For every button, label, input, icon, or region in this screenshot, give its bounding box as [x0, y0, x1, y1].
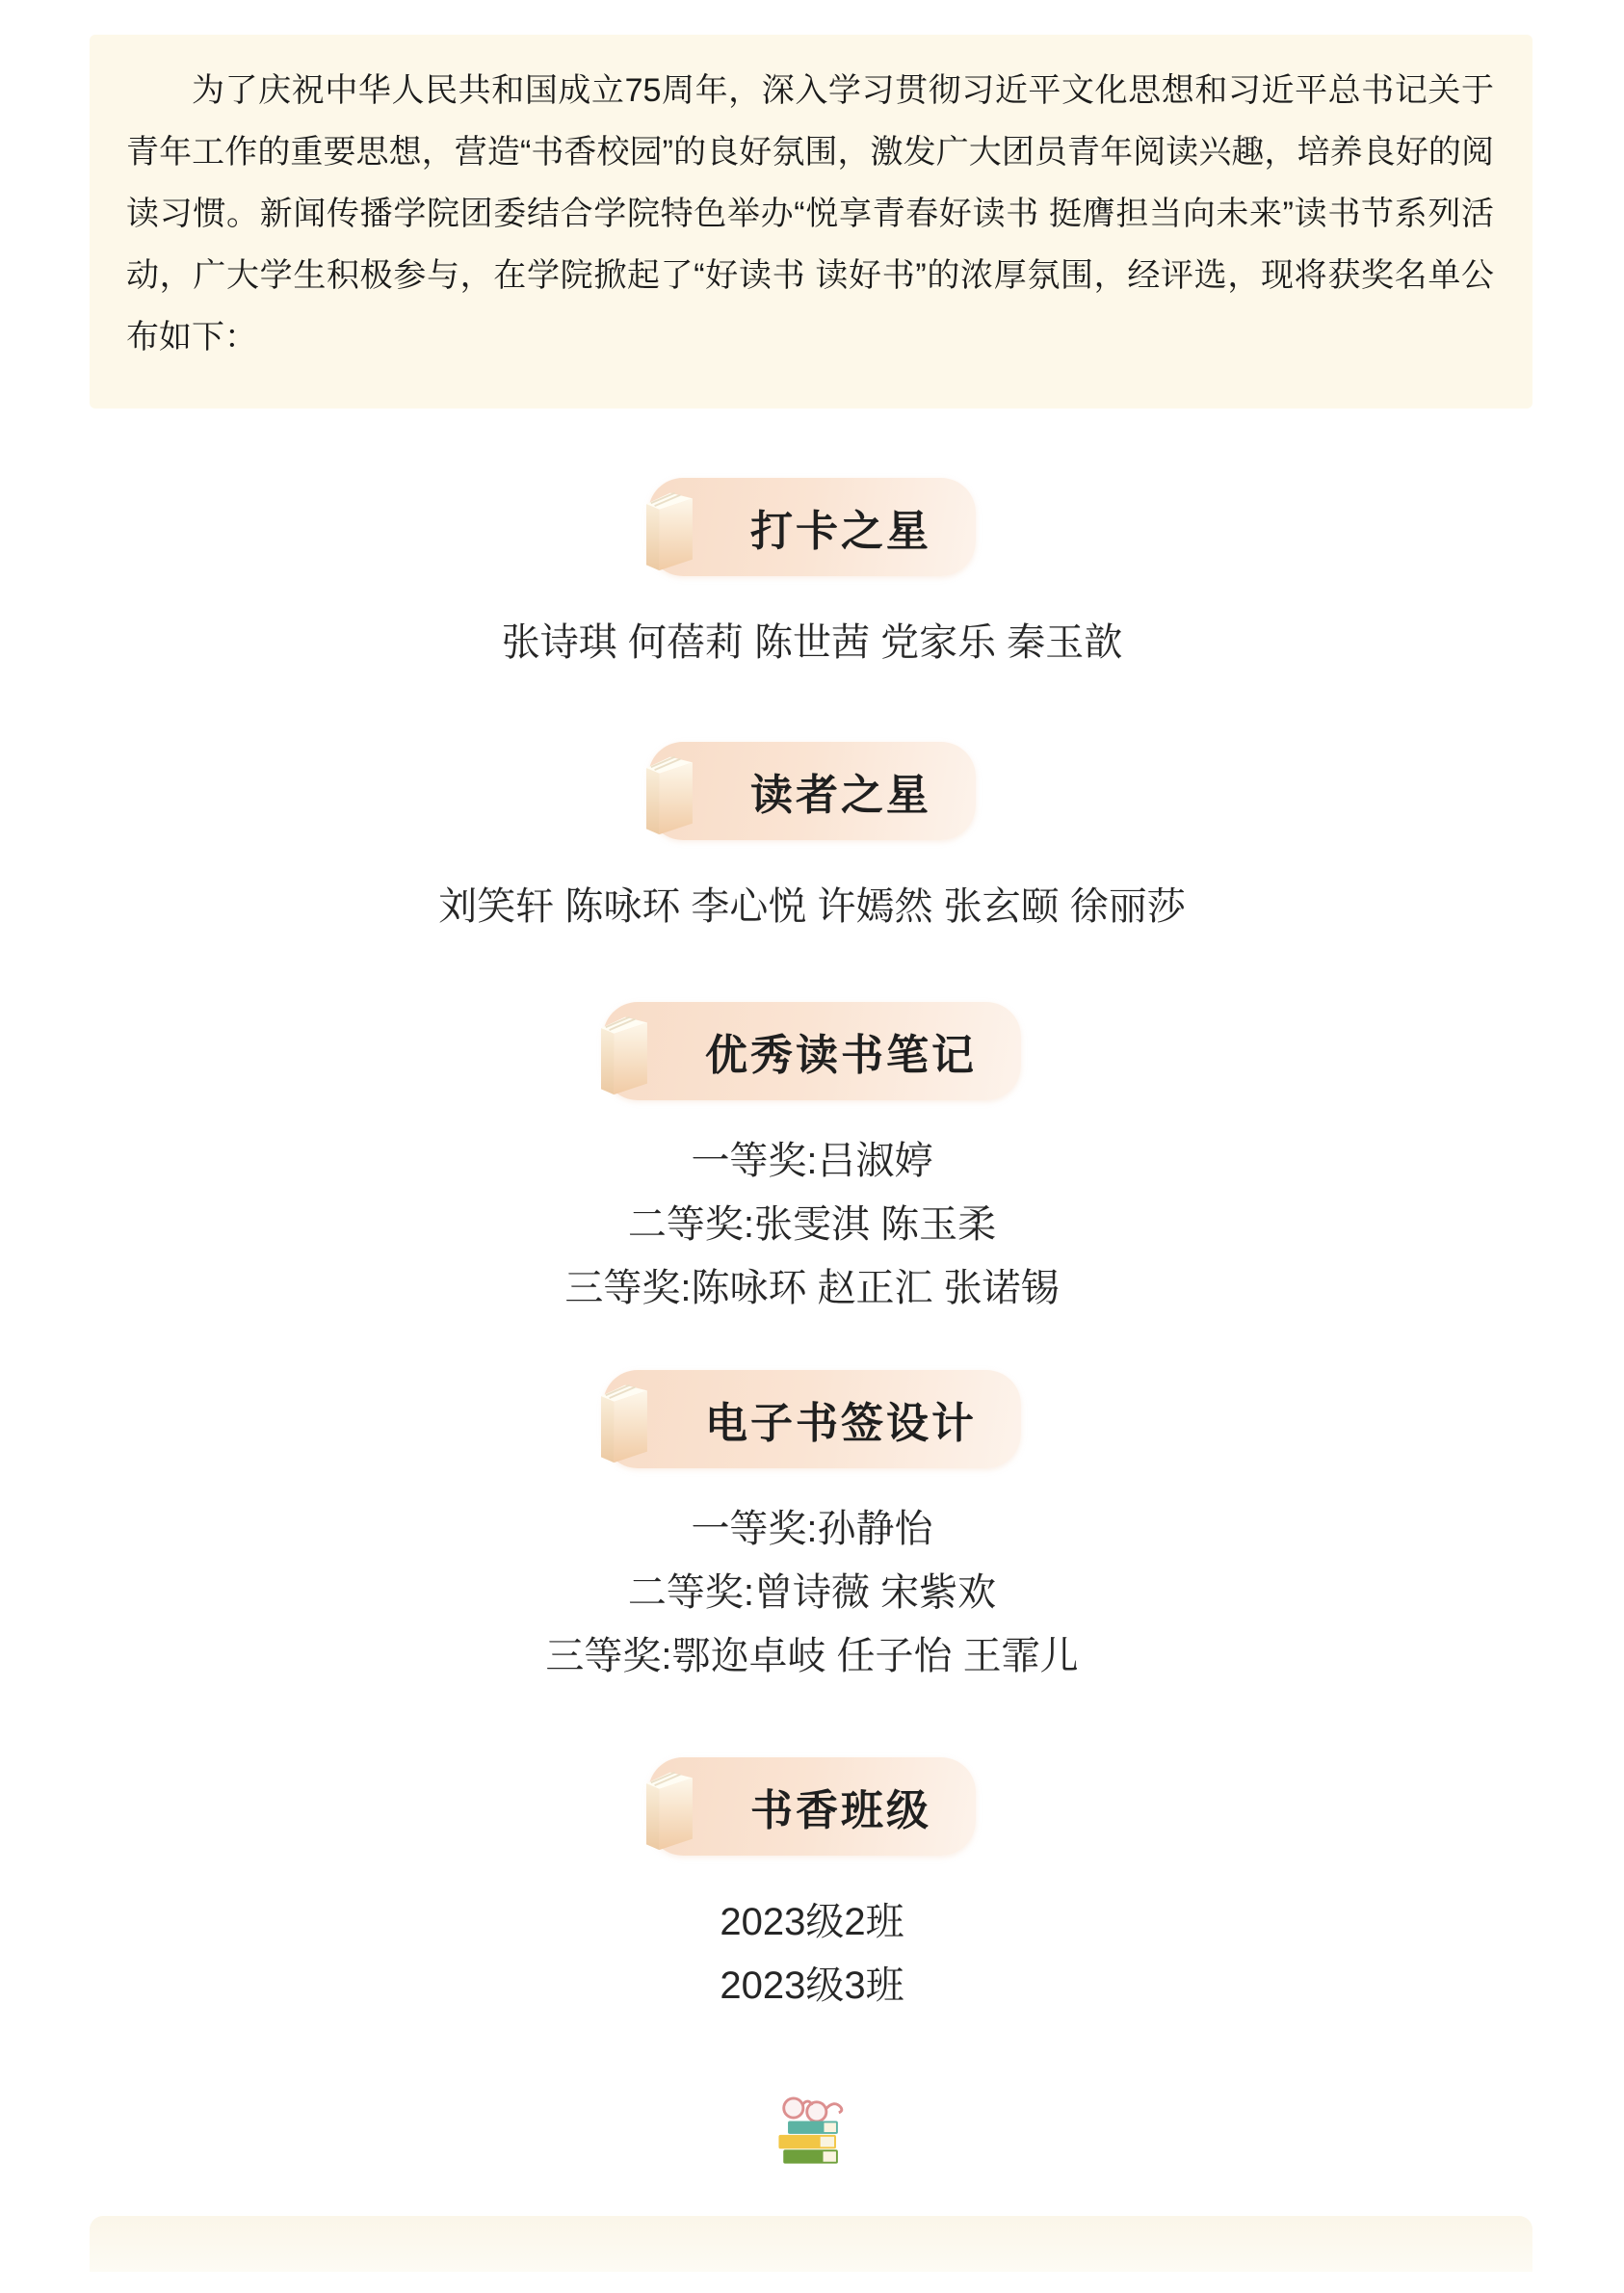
- section-header: 电子书签设计: [0, 1370, 1624, 1468]
- section-title: 优秀读书笔记: [705, 1020, 977, 1082]
- book-icon: [593, 1378, 653, 1466]
- section-title: 书香班级: [750, 1776, 931, 1837]
- winner-line: 三等奖:鄂迩卓岐 任子怡 王霏儿: [0, 1624, 1624, 1688]
- section-header-pill: 打卡之星: [648, 478, 976, 576]
- book-icon: [593, 1010, 653, 1098]
- section-title: 电子书签设计: [705, 1388, 977, 1450]
- section-header-pill: 电子书签设计: [603, 1370, 1021, 1468]
- section-header: 书香班级: [0, 1757, 1624, 1856]
- section-header: 优秀读书笔记: [0, 1002, 1624, 1100]
- section-scholarly-class: 书香班级 2023级2班 2023级3班: [0, 1757, 1624, 2017]
- intro-paragraph: 为了庆祝中华人民共和国成立75周年，深入学习贯彻习近平文化思想和习近平总书记关于…: [126, 60, 1494, 368]
- winner-line: 张诗琪 何蓓莉 陈世茜 党家乐 秦玉歆: [0, 611, 1624, 674]
- section-bookmark-design: 电子书签设计 一等奖:孙静怡 二等奖:曾诗薇 宋紫欢 三等奖:鄂迩卓岐 任子怡 …: [0, 1370, 1624, 1688]
- winner-line: 刘笑轩 陈咏环 李心悦 许嫣然 张玄颐 徐丽莎: [0, 875, 1624, 938]
- winner-list: 一等奖:吕淑婷 二等奖:张雯淇 陈玉柔 三等奖:陈咏环 赵正汇 张诺锡: [0, 1129, 1624, 1320]
- winner-line: 2023级3班: [0, 1954, 1624, 2017]
- winner-line: 2023级2班: [0, 1890, 1624, 1954]
- winner-line: 一等奖:孙静怡: [0, 1497, 1624, 1561]
- intro-paragraph-block: 为了庆祝中华人民共和国成立75周年，深入学习贯彻习近平文化思想和习近平总书记关于…: [90, 35, 1532, 409]
- book-icon: [639, 486, 698, 574]
- section-title: 打卡之星: [750, 496, 931, 558]
- books-and-glasses-icon: [766, 2089, 858, 2175]
- winner-line: 一等奖:吕淑婷: [0, 1129, 1624, 1193]
- winner-list: 一等奖:孙静怡 二等奖:曾诗薇 宋紫欢 三等奖:鄂迩卓岐 任子怡 王霏儿: [0, 1497, 1624, 1688]
- section-header-pill: 优秀读书笔记: [603, 1002, 1021, 1100]
- book-icon: [639, 750, 698, 838]
- section-header: 读者之星: [0, 742, 1624, 840]
- winner-list: 刘笑轩 陈咏环 李心悦 许嫣然 张玄颐 徐丽莎: [0, 875, 1624, 938]
- winner-list: 张诗琪 何蓓莉 陈世茜 党家乐 秦玉歆: [0, 611, 1624, 674]
- section-header-pill: 读者之星: [648, 742, 976, 840]
- footer-illustration: [0, 2089, 1624, 2175]
- section-header: 打卡之星: [0, 478, 1624, 576]
- winner-list: 2023级2班 2023级3班: [0, 1890, 1624, 2017]
- winner-line: 二等奖:曾诗薇 宋紫欢: [0, 1561, 1624, 1624]
- section-header-pill: 书香班级: [648, 1757, 976, 1856]
- section-reader-star: 读者之星 刘笑轩 陈咏环 李心悦 许嫣然 张玄颐 徐丽莎: [0, 742, 1624, 938]
- winner-line: 二等奖:张雯淇 陈玉柔: [0, 1193, 1624, 1256]
- section-reading-notes: 优秀读书笔记 一等奖:吕淑婷 二等奖:张雯淇 陈玉柔 三等奖:陈咏环 赵正汇 张…: [0, 1002, 1624, 1320]
- section-title: 读者之星: [750, 760, 931, 822]
- footer-strip: [90, 2216, 1532, 2272]
- section-checkin-star: 打卡之星 张诗琪 何蓓莉 陈世茜 党家乐 秦玉歆: [0, 478, 1624, 674]
- book-icon: [639, 1765, 698, 1854]
- winner-line: 三等奖:陈咏环 赵正汇 张诺锡: [0, 1256, 1624, 1320]
